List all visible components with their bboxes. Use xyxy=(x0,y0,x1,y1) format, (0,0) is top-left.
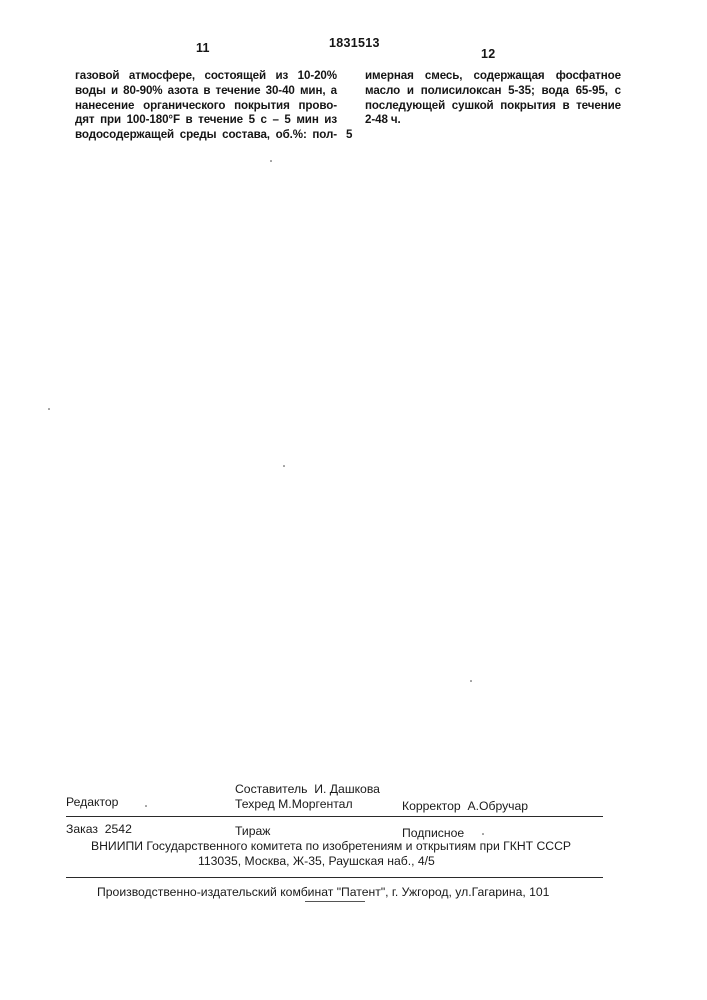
compiler-label: Составитель xyxy=(235,782,307,796)
scan-speck xyxy=(48,408,50,410)
line-number-marker: 5 xyxy=(346,128,352,141)
scan-speck xyxy=(470,680,472,682)
order-number: 2542 xyxy=(105,822,132,836)
scan-speck xyxy=(145,805,147,807)
text-line: дят при 100-180°F в течение 5 с – 5 мин … xyxy=(75,113,337,128)
subscription-label: Подписное xyxy=(402,826,464,840)
end-mark-rule xyxy=(305,901,365,902)
divider-top xyxy=(66,816,603,817)
scan-speck xyxy=(283,465,285,467)
page-number-left: 11 xyxy=(196,41,210,55)
text-line: 2-48 ч. xyxy=(365,113,621,128)
text-line: воды и 80-90% азота в течение 30-40 мин,… xyxy=(75,84,337,99)
scan-speck xyxy=(270,160,272,162)
corrector-credit: Корректор А.Обручар xyxy=(402,799,528,813)
right-column: имерная смесь, содержащая фосфатное масл… xyxy=(365,69,621,128)
text-line: имерная смесь, содержащая фосфатное xyxy=(365,69,621,84)
techred-credit: Техред М.Моргентал xyxy=(235,797,353,811)
text-line: нанесение органического покрытия прово- xyxy=(75,99,337,114)
text-line: последующей сушкой покрытия в течение xyxy=(365,99,621,114)
editor-label: Редактор xyxy=(66,795,118,809)
compiler-name: И. Дашкова xyxy=(314,782,380,796)
text-line: газовой атмосфере, состоящей из 10-20% xyxy=(75,69,337,84)
institute-line: ВНИИПИ Государственного комитета по изоб… xyxy=(91,839,571,853)
circulation-label: Тираж xyxy=(235,824,270,838)
left-column: газовой атмосфере, состоящей из 10-20% в… xyxy=(75,69,337,143)
address-line: 113035, Москва, Ж-35, Раушская наб., 4/5 xyxy=(198,854,435,868)
order-label: Заказ xyxy=(66,822,98,836)
corrector-label: Корректор xyxy=(402,799,461,813)
techred-name: М.Моргентал xyxy=(278,797,352,811)
corrector-name: А.Обручар xyxy=(467,799,528,813)
techred-label: Техред xyxy=(235,797,275,811)
scan-speck xyxy=(482,833,484,835)
compiler-credit: Составитель И. Дашкова xyxy=(235,782,380,796)
text-line: водосодержащей среды состава, об.%: пол- xyxy=(75,128,337,143)
order-info: Заказ 2542 xyxy=(66,822,132,836)
divider-bottom xyxy=(66,877,603,878)
patent-number: 1831513 xyxy=(329,36,380,50)
publisher-line: Производственно-издательский комбинат "П… xyxy=(97,885,549,899)
text-line: масло и полисилоксан 5-35; вода 65-95, с xyxy=(365,84,621,99)
page-number-right: 12 xyxy=(481,47,496,61)
